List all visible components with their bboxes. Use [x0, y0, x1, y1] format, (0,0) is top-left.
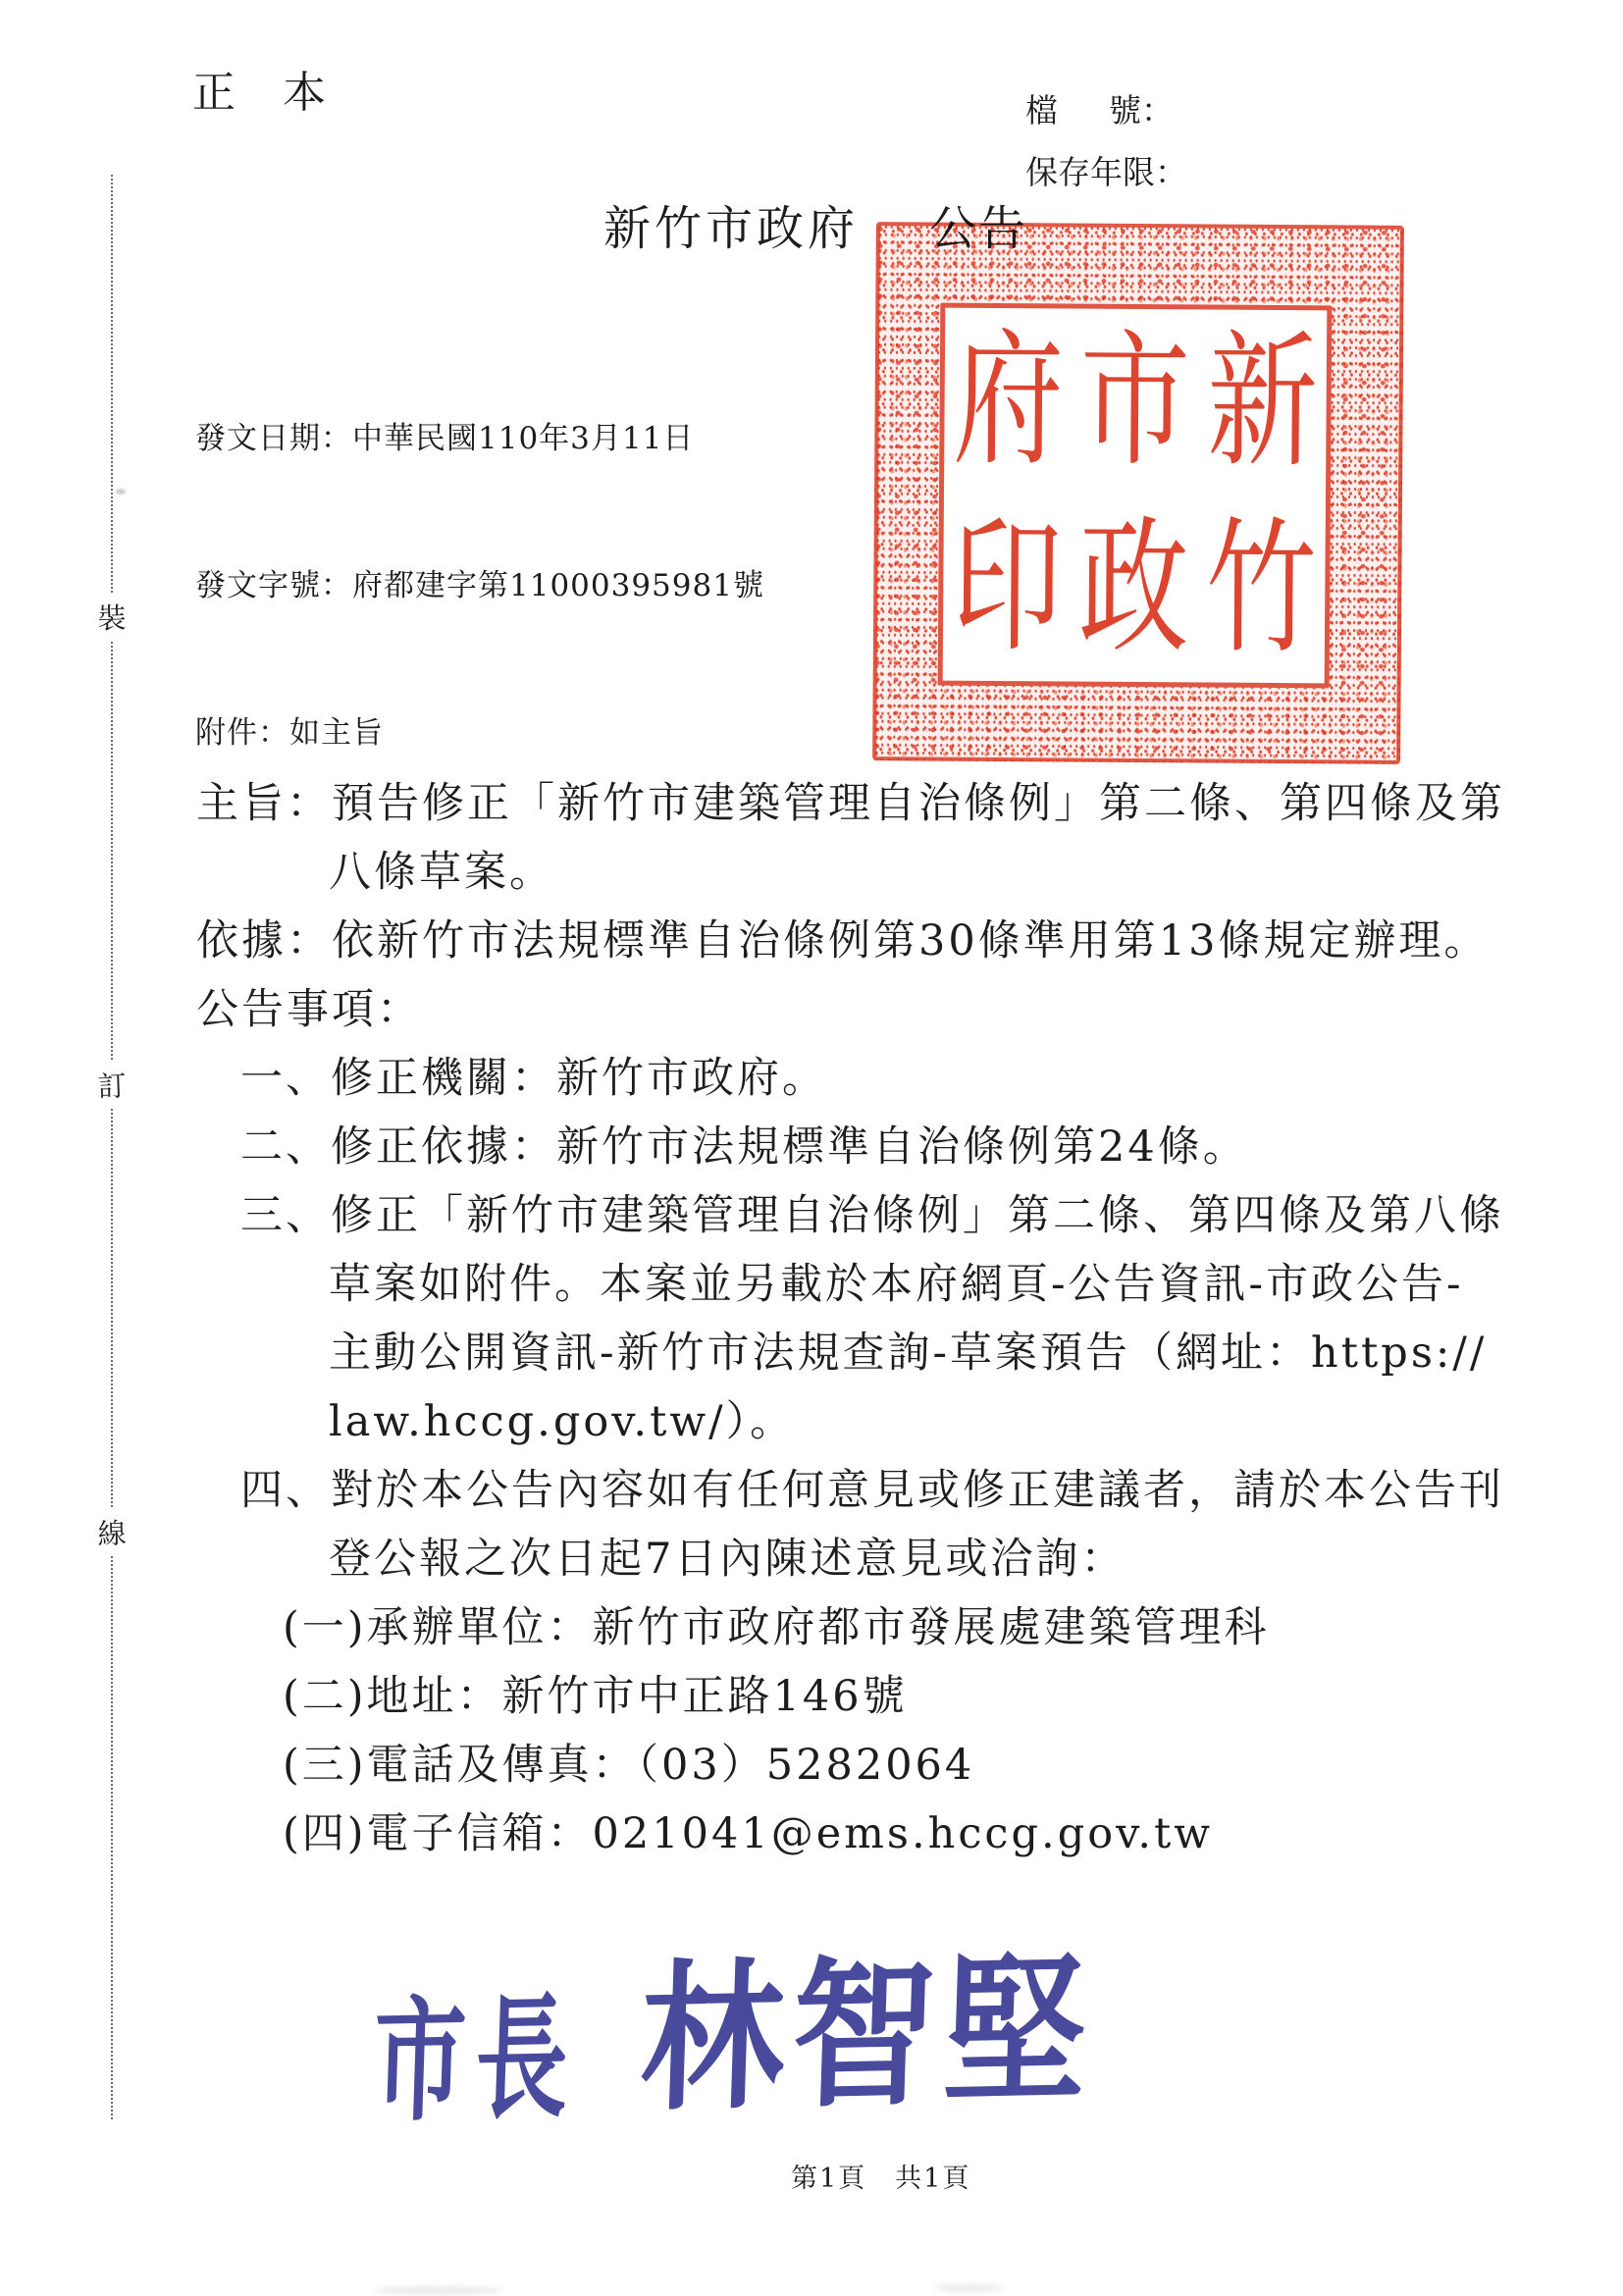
scan-smudge: [375, 2286, 502, 2295]
seal-char-xin: 新: [1198, 309, 1327, 496]
file-info-block: 檔號： 保存年限：: [1025, 94, 1187, 218]
seal-char-fu: 府: [944, 308, 1073, 496]
file-number-label: 檔號: [1025, 94, 1141, 127]
retention-row: 保存年限：: [1025, 156, 1187, 188]
item-1: 一、修正機關：新竹市政府。: [0, 1044, 1623, 1113]
basis-line: 依據：依新竹市法規標準自治條例第30條準用第13條規定辦理。: [0, 907, 1623, 975]
subitem-2-address: (二)地址：新竹市中正路146號: [0, 1662, 1623, 1731]
mayor-title-script: 市長: [371, 1951, 581, 2147]
item-3-cont-2: 主動公開資訊-新竹市法規查詢-草案預告（網址：https://: [0, 1319, 1623, 1387]
subject-line-cont: 八條草案。: [0, 838, 1623, 907]
file-number-colon: ：: [1141, 91, 1174, 130]
file-number-row: 檔號：: [1025, 94, 1187, 127]
official-seal: 府 市 新 印 政 竹: [872, 222, 1404, 764]
mayor-signature: 市長 林智堅: [371, 1925, 1097, 2147]
item-4: 四、對於本公告內容如有任何意見或修正建議者，請於本公告刊: [0, 1456, 1623, 1525]
subject-line: 主旨：預告修正「新竹市建築管理自治條例」第二條、第四條及第: [0, 769, 1623, 838]
document-page: 正 本 檔號： 保存年限： 新竹市政府公告 發文日期：中華民國110年3月11日…: [0, 0, 1623, 2296]
subitem-1-unit: (一)承辦單位：新竹市政府都市發展處建築管理科: [0, 1593, 1623, 1662]
attachment-line: 附件：如主旨: [195, 708, 764, 757]
issue-date-line: 發文日期：中華民國110年3月11日: [195, 414, 764, 463]
item-2: 二、修正依據：新竹市法規標準自治條例第24條。: [0, 1113, 1623, 1181]
doc-number-line: 發文字號：府都建字第11000395981號: [195, 561, 764, 610]
seal-inner-square: 府 市 新 印 政 竹: [938, 303, 1333, 689]
issuing-agency: 新竹市政府: [603, 201, 859, 256]
scan-smudge: [934, 2284, 1003, 2292]
announcement-body: 主旨：預告修正「新竹市建築管理自治條例」第二條、第四條及第 八條草案。 依據：依…: [0, 769, 1623, 1868]
items-heading: 公告事項：: [0, 975, 1623, 1044]
mayor-name-script: 林智堅: [638, 1901, 1098, 2141]
subitem-3-phone: (三)電話及傳真：（03）5282064: [0, 1731, 1623, 1800]
page-number-footer: 第1頁 共1頁: [791, 2157, 970, 2195]
seal-char-zheng: 政: [1070, 496, 1198, 683]
scan-speck: [116, 489, 126, 495]
copy-type-label: 正 本: [192, 57, 328, 120]
item-3: 三、修正「新竹市建築管理自治條例」第二條、第四條及第八條: [0, 1181, 1623, 1250]
item-4-cont: 登公報之次日起7日內陳述意見或洽詢：: [0, 1525, 1623, 1593]
item-3-cont-1: 草案如附件。本案並另載於本府網頁-公告資訊-市政公告-: [0, 1250, 1623, 1319]
seal-char-shi: 市: [1072, 309, 1200, 496]
item-3-cont-3: law.hccg.gov.tw/）。: [0, 1387, 1623, 1456]
seal-char-yin: 印: [943, 495, 1072, 682]
binding-char-zhuang: 裝: [92, 593, 131, 640]
subitem-4-email: (四)電子信箱：021041@ems.hccg.gov.tw: [0, 1800, 1623, 1868]
seal-char-zhu: 竹: [1197, 496, 1326, 683]
